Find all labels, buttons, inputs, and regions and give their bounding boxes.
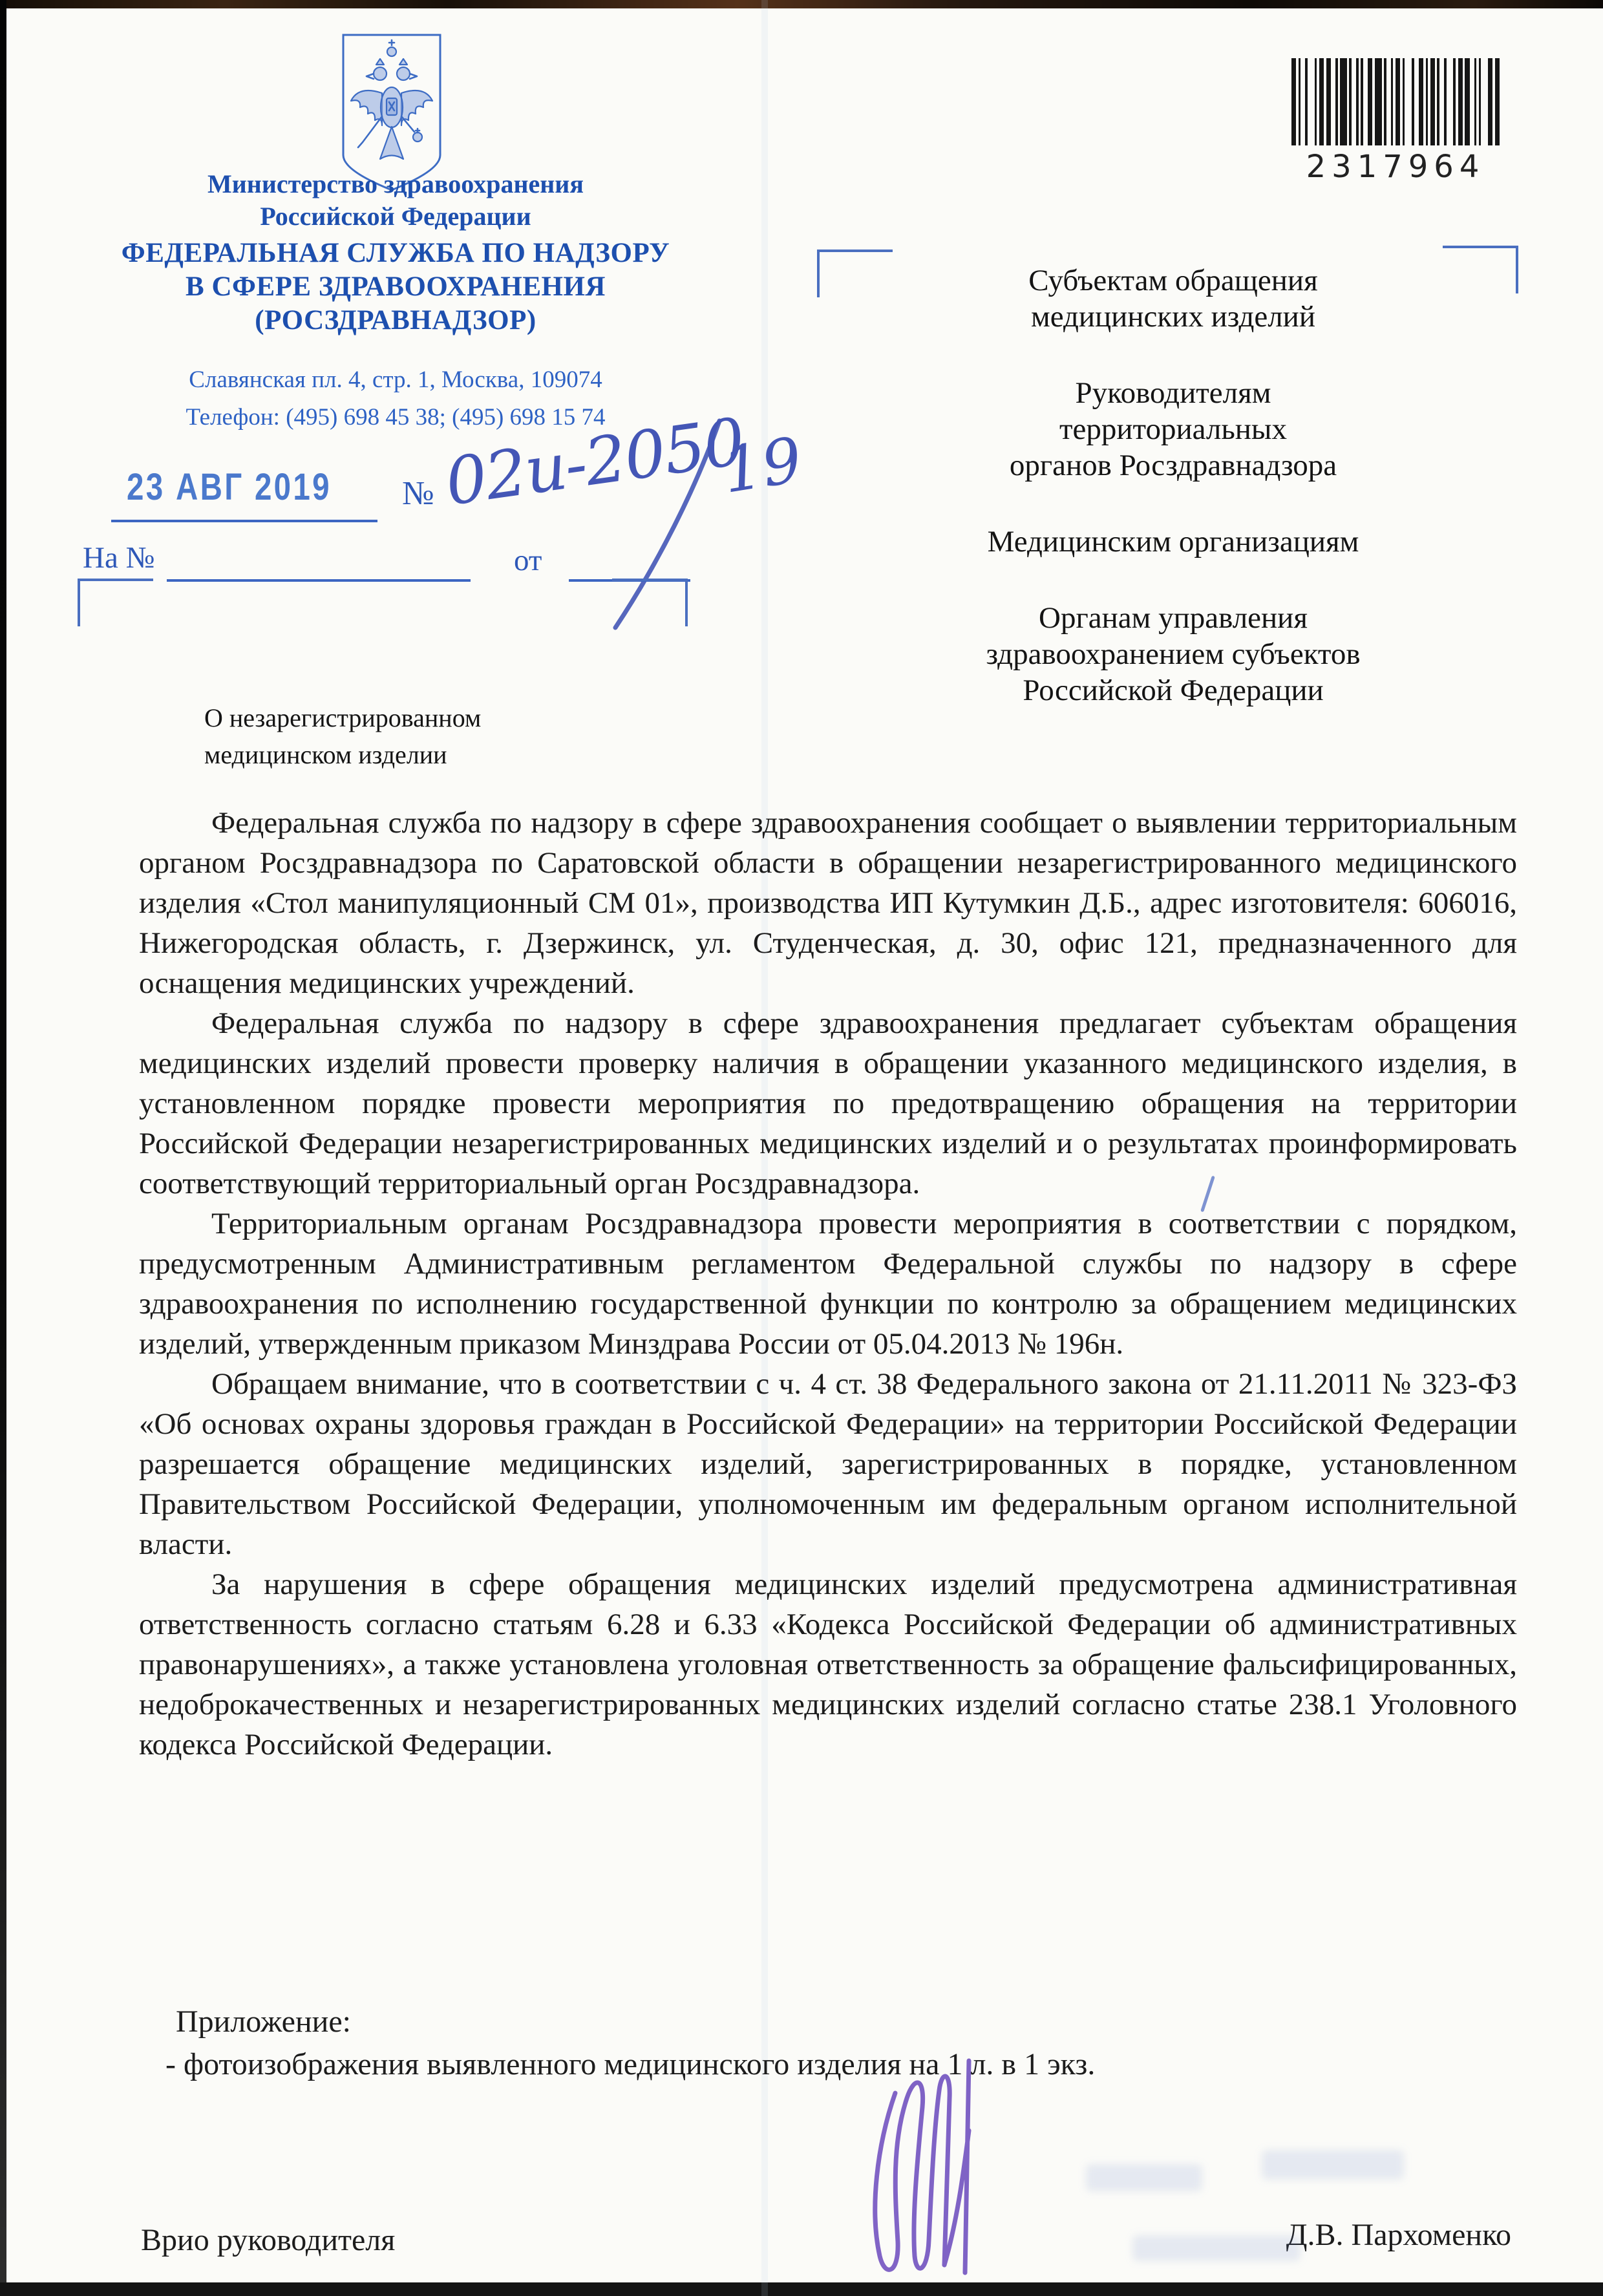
addressee-block: Субъектам обращения медицинских изделий … (827, 262, 1519, 749)
barcode-gap (1470, 58, 1474, 145)
barcode-bars (1291, 58, 1500, 145)
barcode-bar (1319, 58, 1324, 145)
ministry-name: Министерство здравоохранения Российской … (69, 168, 722, 233)
stamp-smudge (1086, 2164, 1202, 2191)
barcode-gap (1300, 58, 1305, 145)
body-paragraph-4: Обращаем внимание, что в соответствии с … (139, 1364, 1517, 1564)
reply-to-label: На № (83, 540, 154, 575)
addressee-line: Российской Федерации (827, 672, 1519, 708)
barcode-bar (1396, 58, 1400, 145)
addressee-group-1: Субъектам обращения медицинских изделий (827, 262, 1519, 335)
barcode-number: 2317964 (1291, 149, 1500, 185)
signer-name: Д.В. Пархоменко (1286, 2217, 1511, 2253)
subject-line-2: медицинском изделии (204, 736, 481, 773)
barcode-gap (1331, 58, 1335, 145)
letter-body: Федеральная служба по надзору в сфере зд… (139, 803, 1517, 1765)
addressee-line: Руководителям (827, 375, 1519, 411)
stamp-smudge (1132, 2235, 1300, 2261)
subject-block: О незарегистрированном медицинском издел… (204, 699, 481, 773)
barcode-gap (1386, 58, 1391, 145)
addressee-group-4: Органам управления здравоохранением субъ… (827, 600, 1519, 708)
barcode-bar (1326, 58, 1331, 145)
reply-from-label: от (514, 543, 542, 578)
addressee-line: Медицинским организациям (827, 524, 1519, 560)
ministry-line-2: Российской Федерации (69, 200, 722, 233)
barcode-gap (1414, 58, 1419, 145)
addressee-line: здравоохранением субъектов (827, 636, 1519, 672)
barcode-bar (1488, 58, 1492, 145)
signer-position: Врио руководителя (141, 2222, 395, 2258)
barcode-bar (1368, 58, 1372, 145)
barcode-gap (1439, 58, 1444, 145)
date-stamp: 23 АВГ 2019 (127, 465, 332, 509)
ministry-line-1: Министерство здравоохранения (69, 168, 722, 200)
barcode-gap (1363, 58, 1368, 145)
stamp-smudge (1262, 2150, 1404, 2180)
addressee-line: медицинских изделий (827, 299, 1519, 335)
number-sign: № (402, 474, 434, 513)
addressee-line: Органам управления (827, 600, 1519, 636)
barcode-gap (1308, 58, 1315, 145)
scanned-letter-page: Министерство здравоохранения Российской … (0, 0, 1603, 2296)
addressee-group-2: Руководителям территориальных органов Ро… (827, 375, 1519, 484)
letterhead-address: Славянская пл. 4, стр. 1, Москва, 109074 (69, 366, 722, 394)
date-stamp-underline (111, 520, 377, 522)
barcode-gap (1447, 58, 1454, 145)
addressee-line: Субъектам обращения (827, 262, 1519, 299)
addressee-line: территориальных (827, 411, 1519, 447)
service-name: ФЕДЕРАЛЬНАЯ СЛУЖБА ПО НАДЗОРУ В СФЕРЕ ЗД… (69, 237, 722, 337)
subject-line-1: О незарегистрированном (204, 699, 481, 736)
barcode-gap (1405, 58, 1412, 145)
body-paragraph-5: За нарушения в сфере обращения медицинск… (139, 1564, 1517, 1765)
barcode: 2317964 (1291, 58, 1500, 185)
addressee-line: органов Росздравнадзора (827, 447, 1519, 484)
barcode-gap (1352, 58, 1356, 145)
body-paragraph-2: Федеральная служба по надзору в сфере зд… (139, 1003, 1517, 1204)
barcode-bar (1419, 58, 1423, 145)
barcode-bar (1291, 58, 1296, 145)
service-line-2: В СФЕРЕ ЗДРАВООХРАНЕНИЯ (69, 270, 722, 304)
barcode-bar (1495, 58, 1500, 145)
barcode-bar (1375, 58, 1382, 145)
body-paragraph-3: Территориальным органам Росздравнадзора … (139, 1204, 1517, 1364)
outgoing-number-year-handwritten: 19 (717, 423, 807, 507)
attachment-label: Приложение: (176, 2004, 351, 2039)
barcode-bar (1430, 58, 1435, 145)
barcode-bar (1458, 58, 1463, 145)
scan-edge-top (0, 0, 1603, 8)
addressee-group-3: Медицинским организациям (827, 524, 1519, 560)
body-paragraph-1: Федеральная служба по надзору в сфере зд… (139, 803, 1517, 1003)
corner-mark-ref-left (78, 579, 153, 626)
reply-number-underline (167, 579, 471, 582)
service-line-1: ФЕДЕРАЛЬНАЯ СЛУЖБА ПО НАДЗОРУ (69, 237, 722, 270)
barcode-gap (1481, 58, 1488, 145)
corner-mark-ref-right (612, 579, 688, 626)
scan-edge-left (0, 0, 6, 2296)
scan-edge-bottom (0, 2282, 1603, 2296)
signature-scribble (850, 2048, 1021, 2287)
barcode-bar (1465, 58, 1469, 145)
barcode-bar (1340, 58, 1347, 145)
service-line-3: (РОСЗДРАВНАДЗОР) (69, 304, 722, 337)
